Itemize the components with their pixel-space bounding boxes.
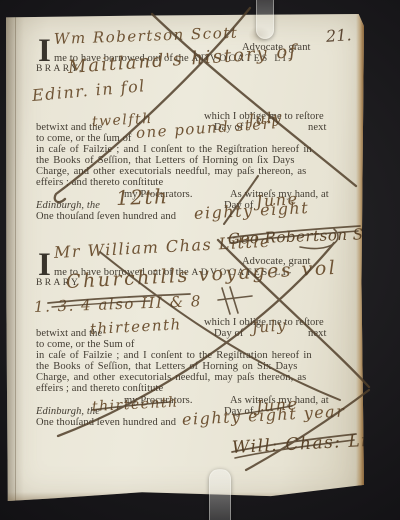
borrow-form-2: I Advocate, grant me to have borrowed ou… (6, 14, 364, 502)
printed-sum-line: to come, or the Sum of (36, 339, 134, 350)
handwritten-return-day: thirteenth (90, 315, 183, 338)
handwritten-date-day: thirteenth (92, 394, 179, 415)
printed-edinburgh: Edinburgh, the (36, 406, 100, 417)
printed-thousand: One thouſand ſeven hundred and (36, 417, 176, 428)
glass-holder-strip-bottom (209, 469, 231, 520)
drop-cap-initial: I (38, 250, 51, 280)
photo-background: 21. I Advocate, grant me to have borrowe… (0, 0, 400, 520)
handwritten-return-month: July (251, 316, 287, 337)
glass-holder-strip-top (256, 0, 274, 39)
printed-session: the Books of Seſſion, that Letters of Ho… (36, 361, 297, 372)
document-page: 21. I Advocate, grant me to have borrowe… (6, 14, 364, 502)
handwritten-book-title-line2: 1. 3. 4 also III & 8 (34, 292, 202, 316)
printed-next: next (308, 328, 326, 339)
handwritten-borrower-name: Mr William Chas Little (54, 232, 272, 262)
printed-day-of: Day of (214, 328, 243, 339)
handwritten-signature: Will: Chas: Little (231, 429, 400, 458)
printed-charge: Charge, and other executorials needful, … (36, 372, 306, 383)
handwritten-book-title-line1: Churchills voyages vol (65, 257, 337, 293)
printed-effeirs: effeirs ; and thereto conſtitute (36, 383, 163, 394)
handwritten-year: eighty eight year (182, 401, 346, 429)
printed-failzie: in caſe of Failzie ; and I conſent to th… (36, 350, 312, 361)
